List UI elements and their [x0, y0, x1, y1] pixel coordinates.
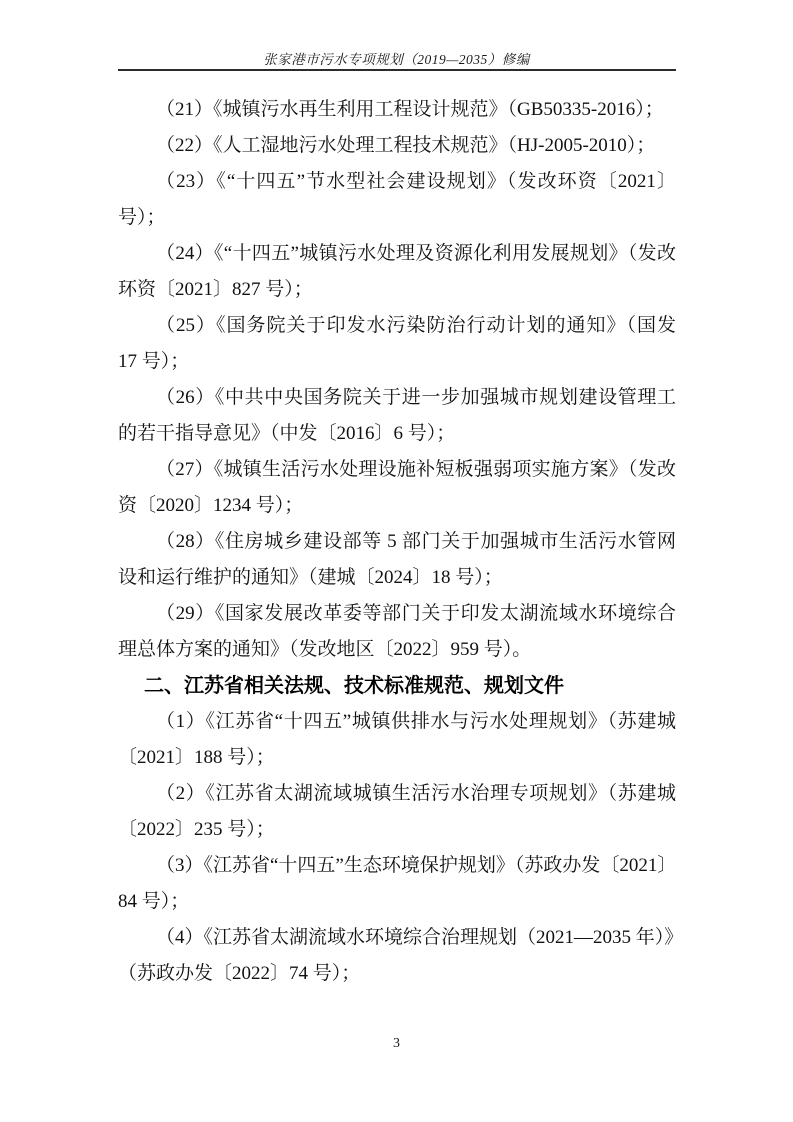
item-25-line-1: （25）《国务院关于印发水污染防治行动计划的通知》（国发〔2015〕: [118, 308, 676, 344]
item-4-line-2: （苏政办发〔2022〕74 号）；: [118, 956, 676, 992]
item-29-line-2: 理总体方案的通知》（发改地区〔2022〕959 号）。: [118, 632, 676, 668]
item-27-line-1: （27）《城镇生活污水处理设施补短板强弱项实施方案》（发改环: [118, 452, 676, 488]
item-21: （21）《城镇污水再生利用工程设计规范》（GB50335-2016）；: [118, 92, 676, 128]
item-2-line-1: （2）《江苏省太湖流域城镇生活污水治理专项规划》（苏建城: [118, 776, 676, 812]
item-25-line-2: 17 号）；: [118, 344, 676, 380]
item-3-line-2: 84 号）；: [118, 884, 676, 920]
item-28-line-2: 设和运行维护的通知》（建城〔2024〕18 号）；: [118, 560, 676, 596]
item-24-line-1: （24）《“十四五”城镇污水处理及资源化利用发展规划》（发改: [118, 236, 676, 272]
document-page: 张家港市污水专项规划（2019—2035）修编 （21）《城镇污水再生利用工程设…: [0, 0, 793, 1122]
section-heading-jiangsu: 二、江苏省相关法规、技术标准规范、规划文件: [118, 668, 676, 704]
header-rule: [118, 69, 676, 71]
item-24-line-2: 环资〔2021〕827 号）；: [118, 272, 676, 308]
page-header-title: 张家港市污水专项规划（2019—2035）修编: [0, 48, 793, 68]
item-26-line-2: 的若干指导意见》（中发〔2016〕6 号）；: [118, 416, 676, 452]
item-1-line-2: 〔2021〕188 号）；: [118, 740, 676, 776]
page-number: 3: [393, 1036, 400, 1051]
item-22: （22）《人工湿地污水处理工程技术规范》（HJ-2005-2010）；: [118, 128, 676, 164]
document-body: （21）《城镇污水再生利用工程设计规范》（GB50335-2016）； （22）…: [118, 92, 676, 992]
item-27-line-2: 资〔2020〕1234 号）；: [118, 488, 676, 524]
item-28-line-1: （28）《住房城乡建设部等 5 部门关于加强城市生活污水管网建: [118, 524, 676, 560]
item-3-line-1: （3）《江苏省“十四五”生态环境保护规划》（苏政办发〔2021〕: [118, 848, 676, 884]
item-29-line-1: （29）《国家发展改革委等部门关于印发太湖流域水环境综合治: [118, 596, 676, 632]
item-4-line-1: （4）《江苏省太湖流域水环境综合治理规划（2021—2035 年）》: [118, 920, 676, 956]
item-23-line-2: 号）；: [118, 200, 676, 236]
item-1-line-1: （1）《江苏省“十四五”城镇供排水与污水处理规划》（苏建城: [118, 704, 676, 740]
page-footer: 3: [0, 1036, 793, 1052]
item-26-line-1: （26）《中共中央国务院关于进一步加强城市规划建设管理工作: [118, 380, 676, 416]
item-2-line-2: 〔2022〕235 号）；: [118, 812, 676, 848]
item-23-line-1: （23）《“十四五”节水型社会建设规划》（发改环资〔2021〕1516: [118, 164, 676, 200]
